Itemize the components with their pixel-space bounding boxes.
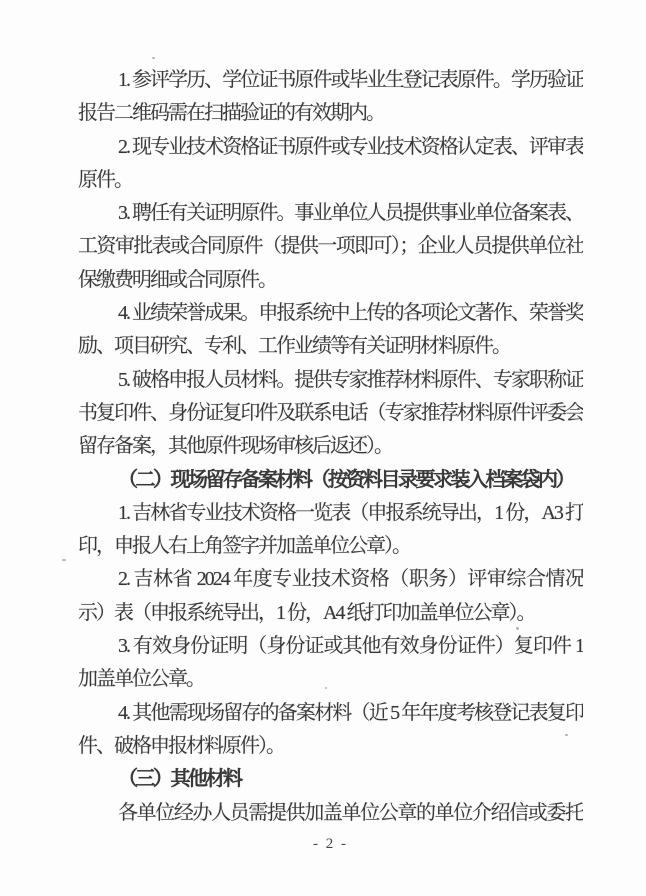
text-line: 报告二维码需在扫描验证的有效期内。 — [78, 97, 583, 130]
section-heading: （三）其他材料 — [78, 763, 583, 796]
document-content: 1. 参评学历、学位证书原件或毕业生登记表原件。学历验证报告二维码需在扫描验证的… — [78, 64, 583, 830]
scan-speck — [325, 687, 327, 689]
scan-speck — [565, 734, 568, 736]
scan-speck — [62, 559, 66, 561]
text-line: 书复印件、身份证复印件及联系电话（专家推荐材料原件评委会 — [78, 397, 583, 430]
text-line: 印，申报人右上角签字并加盖单位公章）。 — [78, 530, 583, 563]
text-line: 件、破格申报材料原件）。 — [78, 730, 583, 763]
text-line: 励、项目研究、专利、工作业绩等有关证明材料原件。 — [78, 330, 583, 363]
text-line: 4. 其他需现场留存的备案材料（近 5 年年度考核登记表复印 — [78, 697, 583, 730]
text-line: 2. 吉林省 2024 年度专业技术资格（职务）评审综合情况（公 — [78, 563, 583, 596]
text-line: 各单位经办人员需提供加盖单位公章的单位介绍信或委托证 — [78, 797, 583, 830]
text-line: 1. 参评学历、学位证书原件或毕业生登记表原件。学历验证 — [78, 64, 583, 97]
page-number: - 2 - — [313, 836, 348, 852]
text-line: 加盖单位公章。 — [78, 663, 583, 696]
text-line: 4. 业绩荣誉成果。申报系统中上传的各项论文著作、荣誉奖 — [78, 297, 583, 330]
scan-speck — [516, 627, 519, 630]
document-page: 1. 参评学历、学位证书原件或毕业生登记表原件。学历验证报告二维码需在扫描验证的… — [0, 0, 646, 896]
page-footer: - 2 - — [78, 833, 583, 855]
scan-speck — [152, 57, 155, 59]
text-line: 5. 破格申报人员材料。提供专家推荐材料原件、专家职称证 — [78, 364, 583, 397]
text-line: 1. 吉林省专业技术资格一览表（申报系统导出，1 份，A3 打 — [78, 497, 583, 530]
text-line: 原件。 — [78, 164, 583, 197]
text-line: 保缴费明细或合同原件。 — [78, 264, 583, 297]
text-line: 留存备案，其他原件现场审核后返还）。 — [78, 430, 583, 463]
text-line: 示）表（申报系统导出，1 份，A4 纸打印加盖单位公章）。 — [78, 597, 583, 630]
section-heading: （二）现场留存备案材料（按资料目录要求装入档案袋内） — [78, 464, 583, 497]
text-line: 2. 现专业技术资格证书原件或专业技术资格认定表、评审表 — [78, 131, 583, 164]
text-line: 3. 有效身份证明（身份证或其他有效身份证件）复印件 1 份， — [78, 630, 583, 663]
text-line: 工资审批表或合同原件（提供一项即可）；企业人员提供单位社 — [78, 230, 583, 263]
text-line: 3. 聘任有关证明原件。事业单位人员提供事业单位备案表、 — [78, 197, 583, 230]
